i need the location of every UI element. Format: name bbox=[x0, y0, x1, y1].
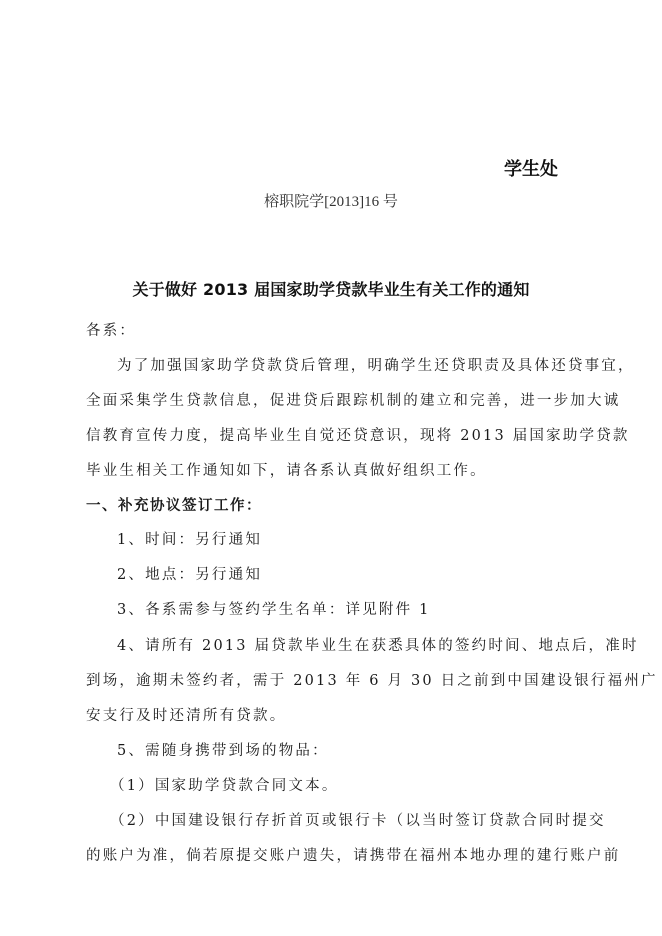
list-item-time: 1、时间：另行通知 bbox=[117, 530, 613, 550]
notice-title: 关于做好 2013 届国家助学贷款毕业生有关工作的通知 bbox=[0, 277, 662, 300]
list-item-location: 2、地点：另行通知 bbox=[117, 565, 613, 585]
sub-item-bank-account-line: 的账户为准，倘若原提交账户遗失，请携带在福州本地办理的建行账户前 bbox=[86, 846, 582, 866]
intro-line: 毕业生相关工作通知如下，请各系认真做好组织工作。 bbox=[86, 461, 582, 481]
salutation: 各系： bbox=[86, 321, 582, 341]
list-item-4-line: 安支行及时还清所有贷款。 bbox=[86, 706, 582, 726]
intro-line: 全面采集学生贷款信息，促进贷后跟踪机制的建立和完善，进一步加大诚 bbox=[86, 391, 582, 411]
list-item-items-to-bring: 5、需随身携带到场的物品： bbox=[117, 741, 613, 761]
list-item-4-line: 到场，逾期未签约者，需于 2013 年 6 月 30 日之前到中国建设银行福州广 bbox=[86, 671, 582, 691]
list-item-student-list: 3、各系需参与签约学生名单：详见附件 1 bbox=[117, 600, 613, 620]
issuing-department: 学生处 bbox=[504, 155, 558, 181]
document-number: 榕职院学[2013]16 号 bbox=[0, 190, 662, 211]
sub-item-bank-account-line: （2）中国建设银行存折首页或银行卡（以当时签订贷款合同时提交 bbox=[110, 811, 606, 831]
sub-item-contract: （1）国家助学贷款合同文本。 bbox=[110, 776, 606, 796]
list-item-4-line: 4、请所有 2013 届贷款毕业生在获悉具体的签约时间、地点后，准时 bbox=[117, 636, 613, 656]
section-1-heading: 一、补充协议签订工作： bbox=[86, 496, 582, 516]
intro-line: 为了加强国家助学贷款贷后管理，明确学生还贷职责及具体还贷事宜， bbox=[117, 356, 613, 376]
intro-line: 信教育宣传力度，提高毕业生自觉还贷意识，现将 2013 届国家助学贷款 bbox=[86, 426, 582, 446]
